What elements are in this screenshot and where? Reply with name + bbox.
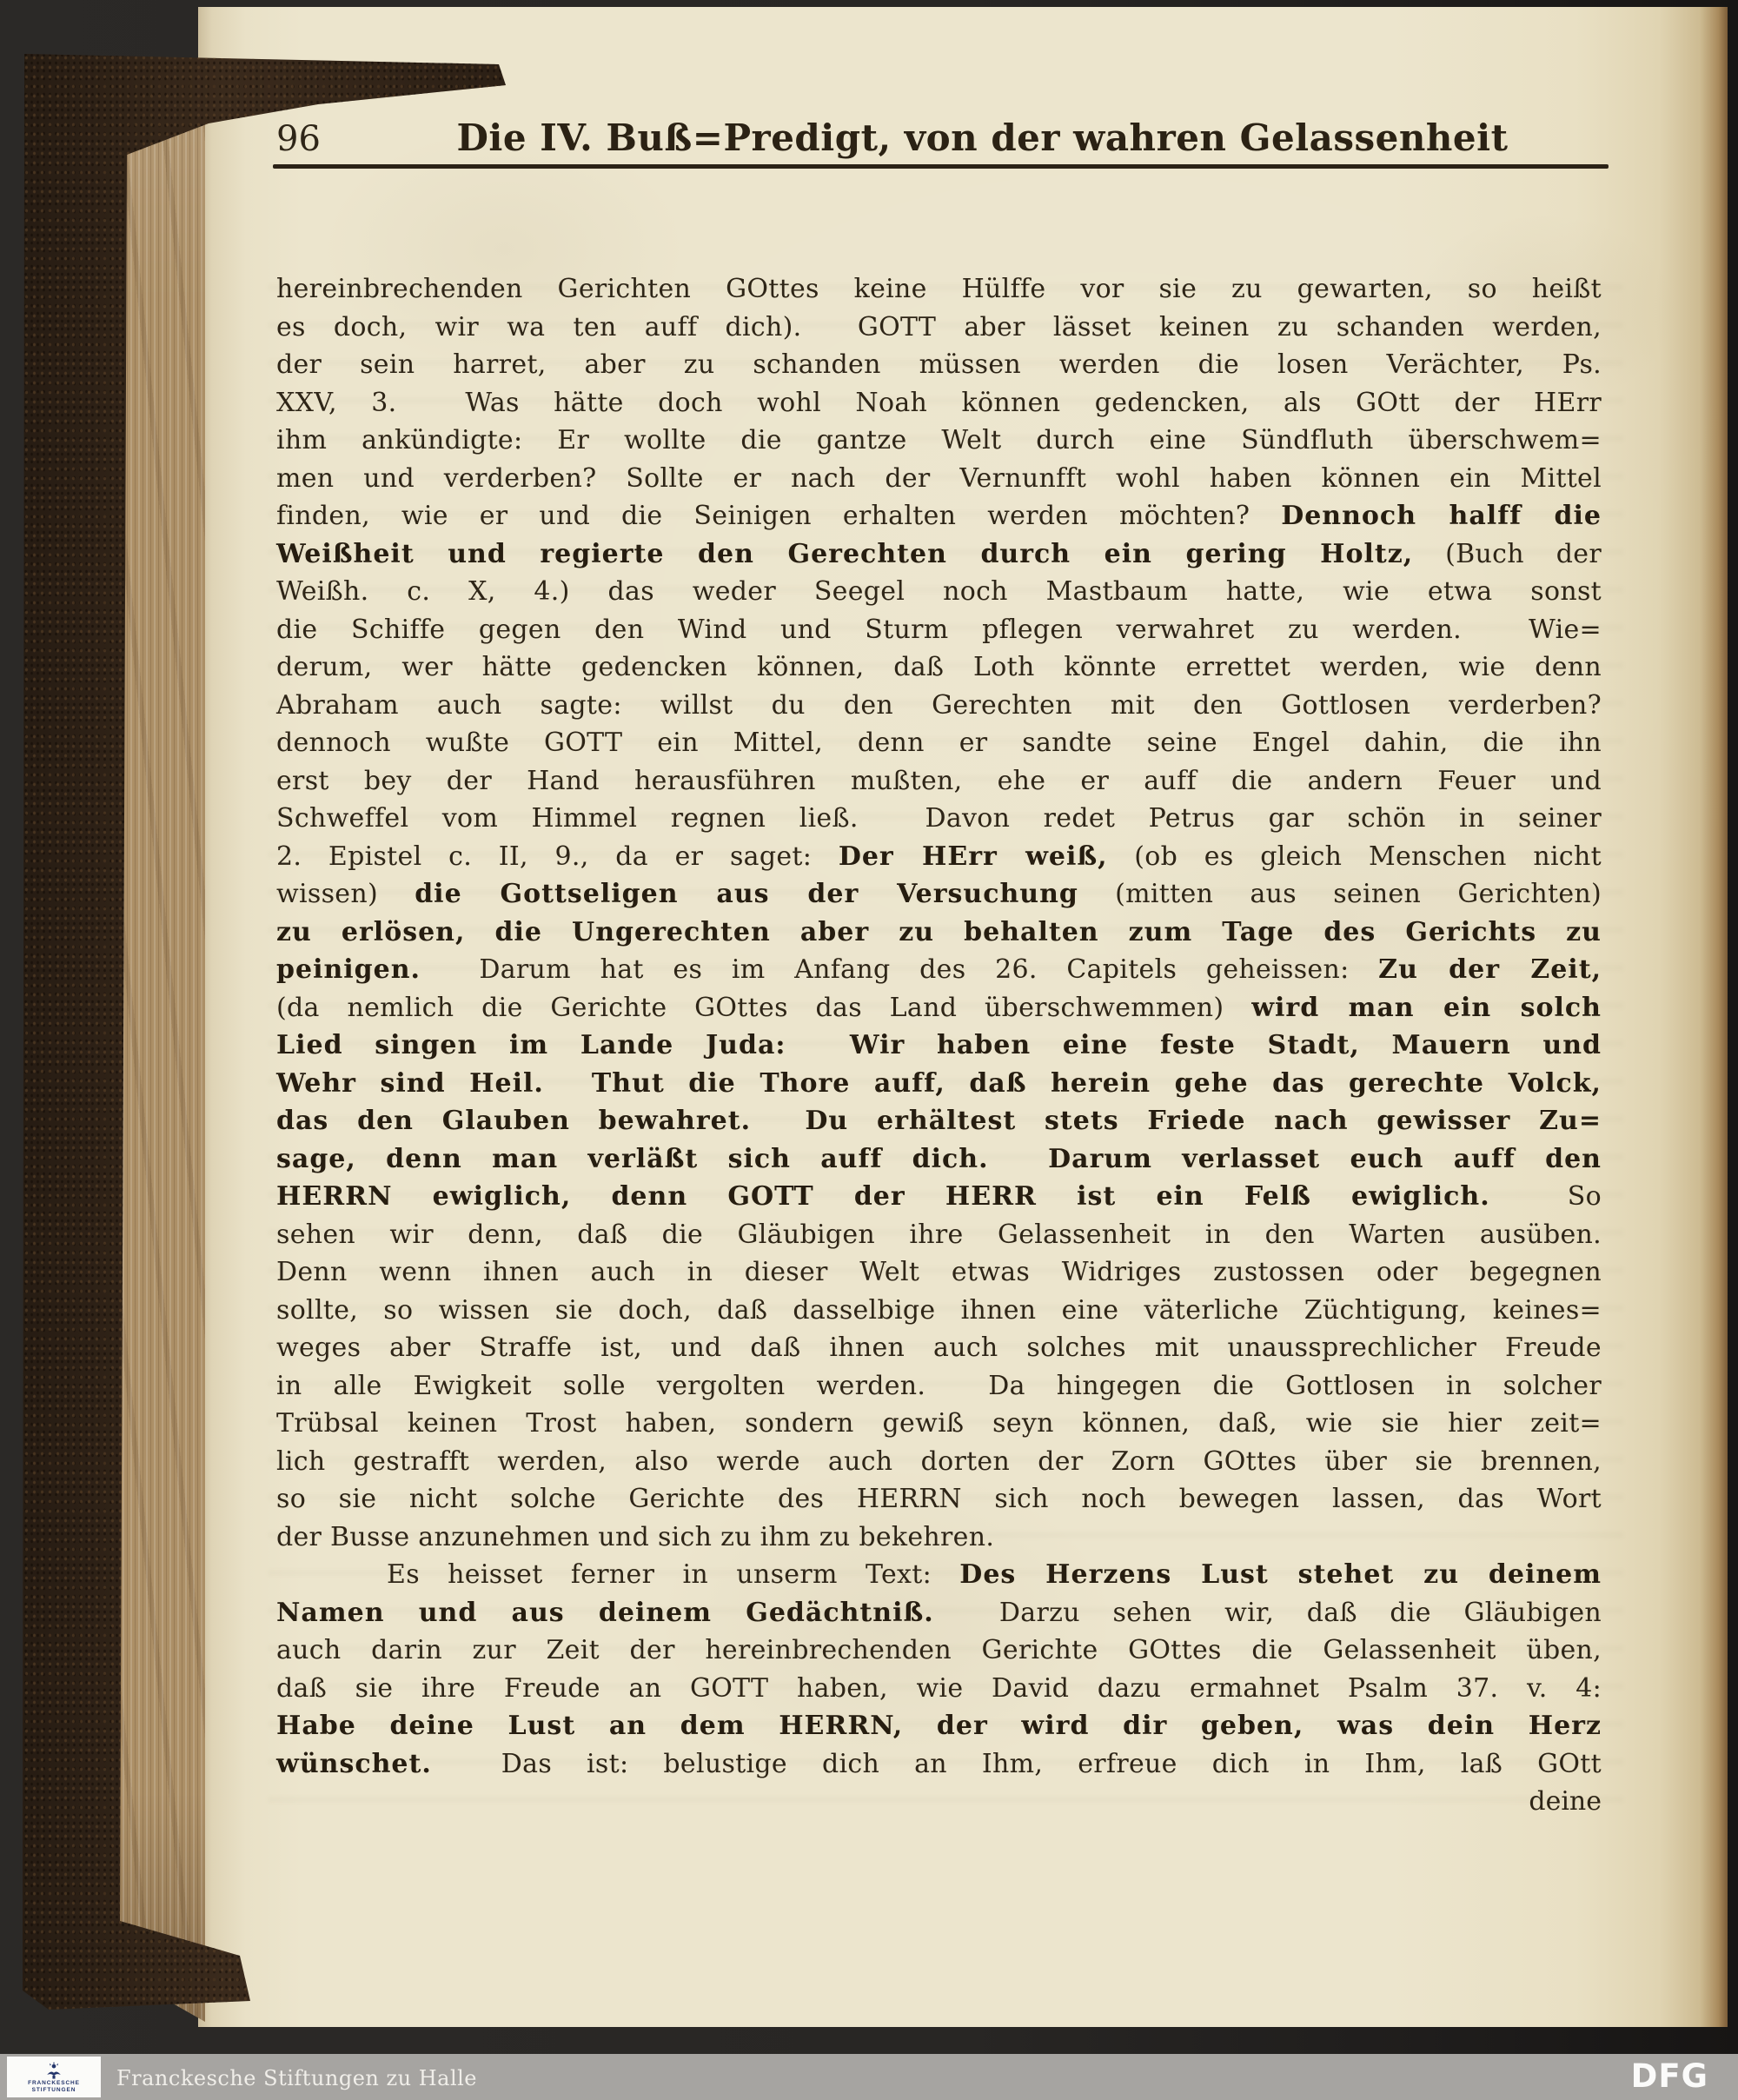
text-line: HERRN ewiglich, denn GOTT der HERR ist e… <box>276 1178 1602 1216</box>
text-line: lich gestrafft werden, also werde auch d… <box>276 1443 1602 1481</box>
book-page: 96 Die IV. Buß=Predigt, von der wahren G… <box>198 7 1728 2027</box>
institution-name: Franckesche Stiftungen zu Halle <box>116 2066 477 2090</box>
text-line: Namen und aus deinem Gedächtniß. Darzu s… <box>276 1594 1602 1632</box>
text-line: dennoch wußte GOTT ein Mittel, denn er s… <box>276 724 1602 762</box>
text-line: finden, wie er und die Seinigen erhalten… <box>276 497 1602 535</box>
text-line: peinigen. Darum hat es im Anfang des 26.… <box>276 951 1602 989</box>
text-line: sehen wir denn, daß die Gläubigen ihre G… <box>276 1216 1602 1254</box>
text-line: Weißheit und regierte den Gerechten durc… <box>276 535 1602 574</box>
text-line: das den Glauben bewahret. Du erhältest s… <box>276 1102 1602 1140</box>
text-line: erst bey der Hand herausführen mußten, e… <box>276 762 1602 801</box>
dfg-logo: DFG <box>1631 2057 1708 2095</box>
text-line: Lied singen im Lande Juda: Wir haben ein… <box>276 1027 1602 1065</box>
text-line: (da nemlich die Gerichte GOttes das Land… <box>276 989 1602 1027</box>
text-block: hereinbrechenden Gerichten GOttes keine … <box>276 270 1602 1783</box>
text-line: XXV, 3. Was hätte doch wohl Noah können … <box>276 384 1602 422</box>
page-title: Die IV. Buß=Predigt, von der wahren Gela… <box>276 115 1602 162</box>
text-line: wissen) die Gottseligen aus der Versuchu… <box>276 875 1602 914</box>
text-line: die Schiffe gegen den Wind und Sturm pfl… <box>276 611 1602 649</box>
text-line: sage, denn man verläßt sich auff dich. D… <box>276 1140 1602 1179</box>
text-line: Wehr sind Heil. Thut die Thore auff, daß… <box>276 1065 1602 1103</box>
text-line: so sie nicht solche Gerichte des HERRN s… <box>276 1480 1602 1519</box>
catchword: deine <box>276 1783 1602 1821</box>
institution-logo-text-line2: STIFTUNGEN <box>32 2087 76 2093</box>
institution-logo-text-line1: FRANCKESCHE <box>28 2080 80 2086</box>
franckesche-emblem-icon <box>45 2062 63 2079</box>
text-line: Es heisset ferner in unserm Text: Des He… <box>276 1556 1602 1594</box>
text-line: es doch, wir wa ten auff dich). GOTT abe… <box>276 309 1602 347</box>
text-line: in alle Ewigkeit solle vergolten werden.… <box>276 1367 1602 1406</box>
book-fore-edge-pages <box>115 68 205 2027</box>
header-rule <box>273 164 1609 169</box>
text-line: 2. Epistel c. II, 9., da er saget: Der H… <box>276 838 1602 876</box>
text-line: ihm ankündigte: Er wollte die gantze Wel… <box>276 422 1602 460</box>
text-line: auch darin zur Zeit der hereinbrechenden… <box>276 1631 1602 1670</box>
text-line: Denn wenn ihnen auch in dieser Welt etwa… <box>276 1253 1602 1292</box>
text-line: hereinbrechenden Gerichten GOttes keine … <box>276 270 1602 309</box>
text-line: Weißh. c. X, 4.) das weder Seegel noch M… <box>276 573 1602 611</box>
text-line: wünschet. Das ist: belustige dich an Ihm… <box>276 1745 1602 1784</box>
text-line: Trübsal keinen Trost haben, sondern gewi… <box>276 1405 1602 1443</box>
text-line: zu erlösen, die Ungerechten aber zu beha… <box>276 914 1602 952</box>
text-line: der sein harret, aber zu schanden müssen… <box>276 346 1602 384</box>
digitized-book-scan: { "scan": { "header": { "page_number": "… <box>0 0 1738 2100</box>
text-line: Abraham auch sagte: willst du den Gerech… <box>276 687 1602 725</box>
text-line: Habe deine Lust an dem HERRN, der wird d… <box>276 1707 1602 1745</box>
text-line: derum, wer hätte gedencken können, daß L… <box>276 648 1602 687</box>
text-line: daß sie ihre Freude an GOTT haben, wie D… <box>276 1670 1602 1708</box>
institution-logo: FRANCKESCHE STIFTUNGEN <box>7 2057 101 2097</box>
viewer-footer-bar: FRANCKESCHE STIFTUNGEN Franckesche Stift… <box>0 2054 1738 2100</box>
text-line: Schweffel vom Himmel regnen ließ. Davon … <box>276 800 1602 838</box>
text-line: sollte, so wissen sie doch, daß dasselbi… <box>276 1292 1602 1330</box>
text-line: weges aber Straffe ist, und daß ihnen au… <box>276 1329 1602 1367</box>
text-line: der Busse anzunehmen und sich zu ihm zu … <box>276 1519 1602 1557</box>
text-line: men und verderben? Sollte er nach der Ve… <box>276 460 1602 498</box>
